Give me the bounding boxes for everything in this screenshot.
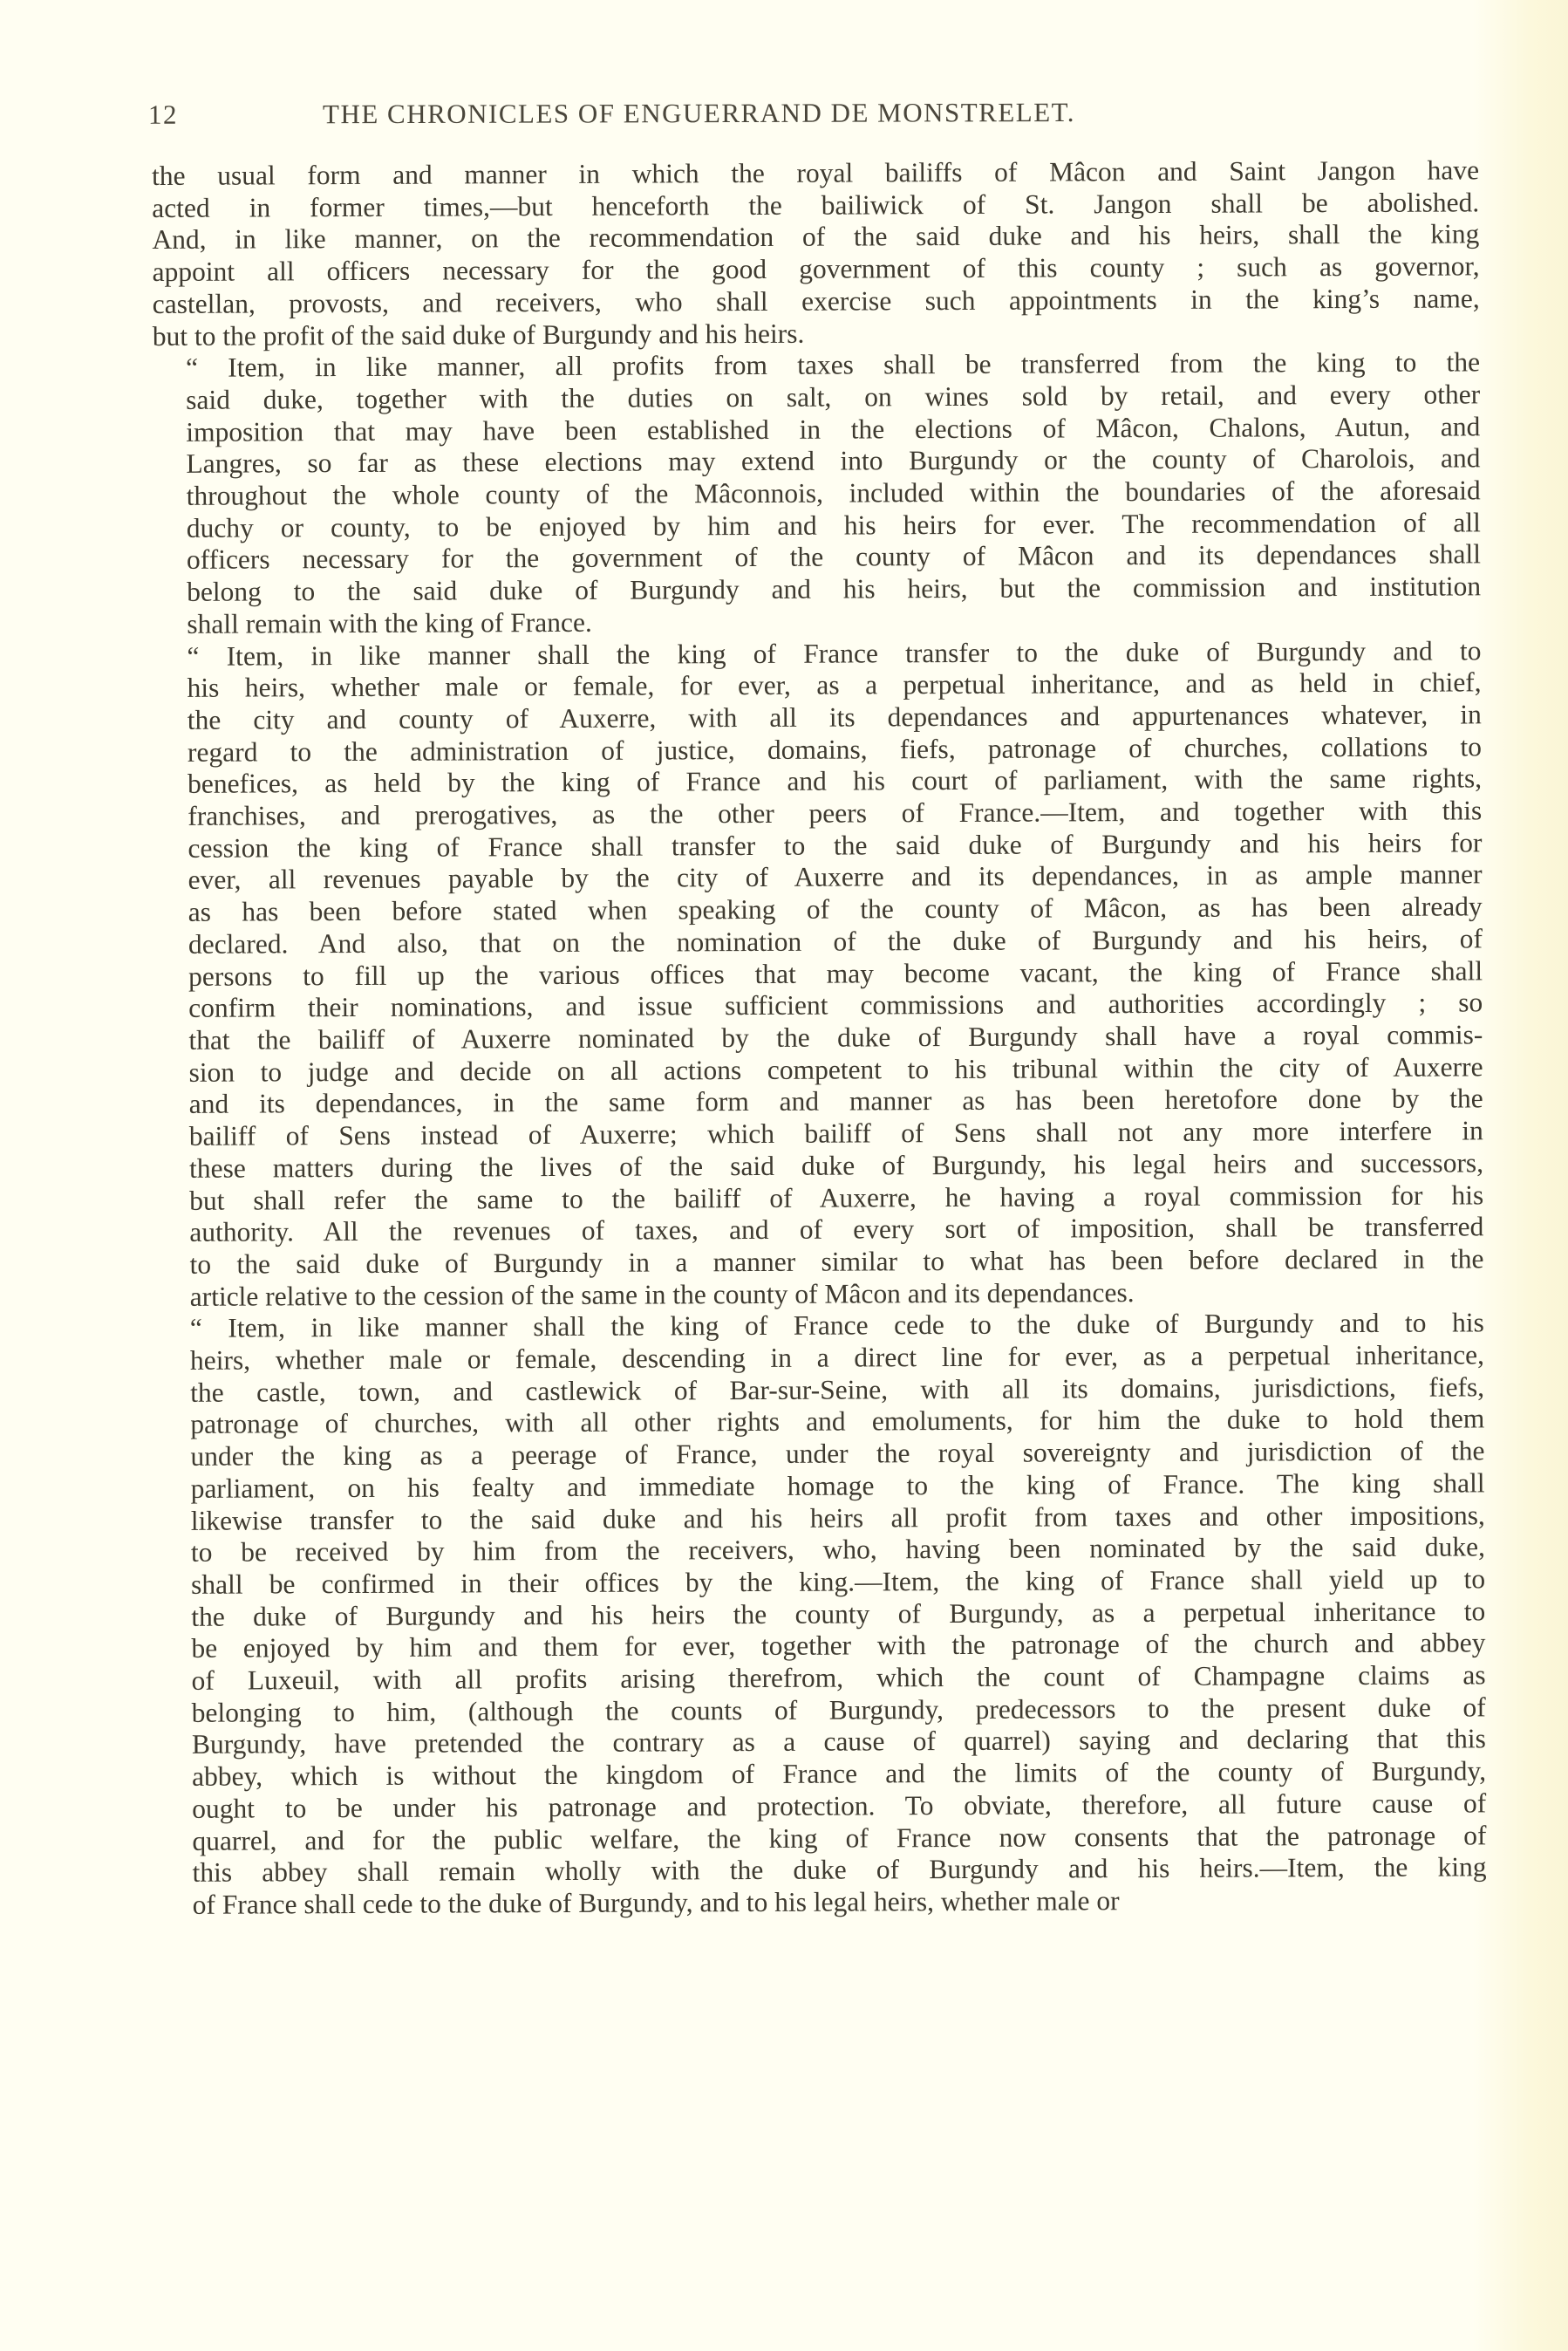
text-line: of Luxeuil, with all profits arising the…	[159, 1659, 1486, 1697]
text-line: ought to be under his patronage and prot…	[159, 1787, 1486, 1825]
running-head: 12 THE CHRONICLES OF ENGUERRAND DE MONST…	[148, 96, 1317, 134]
running-title: THE CHRONICLES OF ENGUERRAND DE MONSTREL…	[323, 96, 1317, 130]
text-line: castellan, provosts, and receivers, who …	[153, 283, 1480, 320]
text-line: franchises, and prerogatives, as the oth…	[154, 795, 1482, 832]
text-line: declared. And also, that on the nominati…	[155, 923, 1483, 960]
text-line: belong to the said duke of Burgundy and …	[153, 571, 1481, 608]
text-line: of France shall cede to the duke of Burg…	[160, 1883, 1487, 1921]
text-line: parliament, on his fealty and immediate …	[158, 1467, 1485, 1505]
text-line: this abbey shall remain wholly with the …	[159, 1852, 1486, 1890]
text-line: the city and county of Auxerre, with all…	[154, 699, 1482, 736]
paragraph: “ Item, in like manner shall the king of…	[153, 635, 1483, 1313]
page-edge-shading	[1472, 0, 1568, 2351]
text-line: heirs, whether male or female, descendin…	[157, 1339, 1484, 1377]
paragraph: “ Item, in like manner shall the king of…	[157, 1308, 1487, 1922]
text-line: these matters during the lives of the sa…	[156, 1147, 1483, 1185]
text-line: said duke, together with the duties on s…	[153, 379, 1480, 416]
text-line: bailiff of Sens instead of Auxerre; whic…	[156, 1115, 1483, 1152]
text-line: appoint all officers necessary for the g…	[152, 250, 1479, 288]
text-line: the usual form and manner in which the r…	[152, 154, 1479, 192]
page-number: 12	[148, 99, 323, 131]
text-line: that the bailiff of Auxerre nominated by…	[155, 1019, 1483, 1056]
body-text: the usual form and manner in which the r…	[152, 154, 1487, 1921]
paragraph: “ Item, in like manner, all profits from…	[153, 347, 1481, 641]
text-line: under the king as a peerage of France, u…	[157, 1435, 1484, 1473]
text-line: to the said duke of Burgundy in a manner…	[156, 1243, 1483, 1281]
text-line: shall be confirmed in their offices by t…	[158, 1563, 1485, 1601]
text-line: throughout the whole county of the Mâcon…	[153, 475, 1481, 512]
paragraph: the usual form and manner in which the r…	[152, 154, 1480, 352]
